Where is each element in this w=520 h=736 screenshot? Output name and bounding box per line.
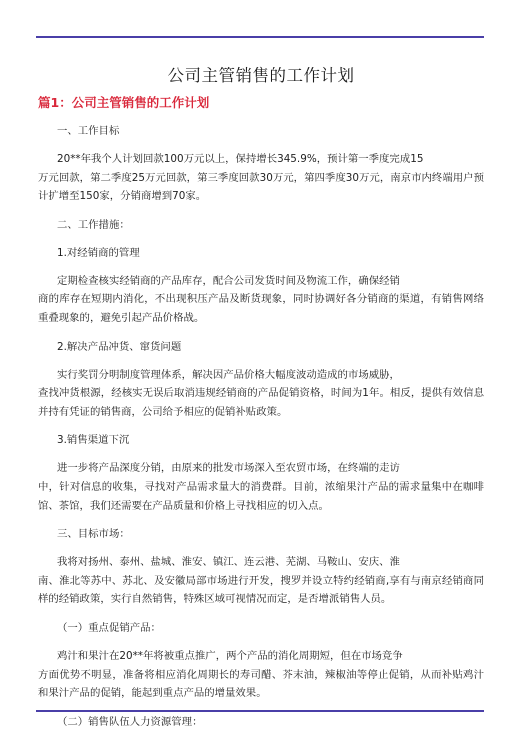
footer-rule <box>36 710 484 712</box>
paragraph-key-products: 鸡汁和果汁在20**年将被重点推广，两个产品的消化周期短，但在市场竞争 方面优势… <box>38 647 484 703</box>
paragraph-work-goals: 20**年我个人计划回款100万元以上，保持增长345.9%，预计第一季度完成1… <box>38 150 484 206</box>
header-rule <box>36 36 484 38</box>
paragraph-body: 中，针对信息的收集，寻找对产品需求量大的消费群。目前，浓缩果汁产品的需求量集中在… <box>38 478 484 515</box>
heading-work-goals: 一、工作目标 <box>38 122 484 140</box>
paragraph-first-line: 20**年我个人计划回款100万元以上，保持增长345.9%，预计第一季度完成1… <box>38 150 484 169</box>
paragraph-first-line: 我将对扬州、泰州、盐城、淮安、镇江、连云港、芜湖、马鞍山、安庆、淮 <box>38 553 484 572</box>
paragraph-first-line: 定期检查核实经销商的产品库存，配合公司发货时间及物流工作，确保经销 <box>38 272 484 291</box>
paragraph-first-line: 实行奖罚分明制度管理体系，解决因产品价格大幅度波动造成的市场威胁， <box>38 366 484 385</box>
paragraph-body: 方面优势不明显，准备将相应消化周期长的寿司醋、芥末油，辣椒油等停止促销，从而补贴… <box>38 666 484 703</box>
paragraph-first-line: 鸡汁和果汁在20**年将被重点推广，两个产品的消化周期短，但在市场竞争 <box>38 647 484 666</box>
heading-hr-management: （二）销售队伍人力资源管理： <box>38 713 484 731</box>
paragraph-body: 万元回款，第二季度25万元回款，第三季度回款30万元，第四季度30万元，南京市内… <box>38 169 484 206</box>
paragraph-body: 查找冲货根源，经核实无误后取消违规经销商的产品促销资格，时间为1年。相反，提供有… <box>38 384 484 421</box>
section-title: 篇1：公司主管销售的工作计划 <box>38 93 484 113</box>
heading-work-measures: 二、工作措施： <box>38 216 484 234</box>
paragraph-body: 南、淮北等苏中、苏北、及安徽局部市场进行开发，搜罗并设立特约经销商,享有与南京经… <box>38 572 484 609</box>
heading-cross-selling: 2.解决产品冲货、窜货问题 <box>38 338 484 356</box>
heading-key-products: （一）重点促销产品： <box>38 619 484 637</box>
document-page: 公司主管销售的工作计划 篇1：公司主管销售的工作计划 一、工作目标 20**年我… <box>38 64 484 731</box>
paragraph-cross-selling: 实行奖罚分明制度管理体系，解决因产品价格大幅度波动造成的市场威胁， 查找冲货根源… <box>38 366 484 422</box>
paragraph-first-line: 进一步将产品深度分销，由原来的批发市场深入至农贸市场，在终端的走访 <box>38 459 484 478</box>
paragraph-target-market: 我将对扬州、泰州、盐城、淮安、镇江、连云港、芜湖、马鞍山、安庆、淮 南、淮北等苏… <box>38 553 484 609</box>
paragraph-channel-sinking: 进一步将产品深度分销，由原来的批发市场深入至农贸市场，在终端的走访 中，针对信息… <box>38 459 484 515</box>
paragraph-body: 商的库存在短期内消化，不出现积压产品及断货现象，同时协调好各分销商的渠道，有销售… <box>38 290 484 327</box>
document-title: 公司主管销售的工作计划 <box>38 64 484 88</box>
paragraph-dealer-management: 定期检查核实经销商的产品库存，配合公司发货时间及物流工作，确保经销 商的库存在短… <box>38 272 484 328</box>
heading-target-market: 三、目标市场： <box>38 525 484 543</box>
heading-channel-sinking: 3.销售渠道下沉 <box>38 431 484 449</box>
heading-dealer-management: 1.对经销商的管理 <box>38 244 484 262</box>
